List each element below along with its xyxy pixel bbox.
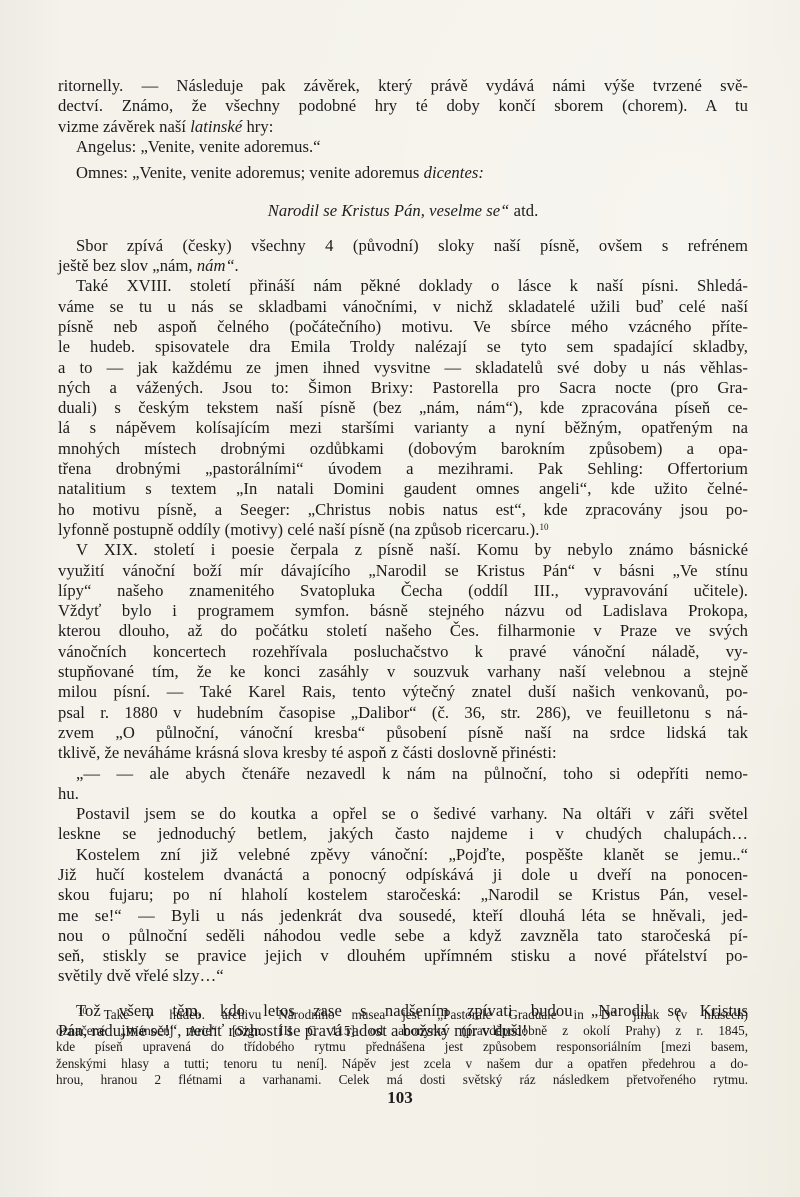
italic-text: latinské [190, 117, 242, 136]
footnote-line: ženskými hlasy a tutti; tenoru tu není].… [56, 1056, 748, 1072]
paragraph-xix-century: V XIX. století i poesie čerpala z písně … [58, 540, 748, 763]
italic-text: dicentes: [424, 163, 484, 182]
text-line: světily dvě vřelé slzy…“ [58, 966, 748, 986]
text-line: lípy“ našeho znamenitého Svatopluka Čech… [58, 581, 748, 601]
text-line: tklivě, že neváháme krásná slova kresby … [58, 743, 748, 763]
footnote-reference[interactable]: 10 [539, 522, 548, 532]
refrain-line: Narodil se Kristus Pán, veselme se“ atd. [58, 201, 748, 221]
footnote-line: hrou, hranou 2 flétnami a varhanami. Cel… [56, 1072, 748, 1088]
verse-angelus: Angelus: „Venite, venite adoremus.“ [58, 137, 748, 157]
text-line: V XIX. století i poesie čerpala z písně … [58, 540, 748, 560]
text-fragment: hry: [242, 117, 273, 136]
quote-varhany: Postavil jsem se do koutka a opřel se o … [58, 804, 748, 845]
text-line: váme se tu u nás se skladbami vánočními,… [58, 297, 748, 317]
text-line: ritornelly. — Následuje pak závěrek, kte… [58, 76, 748, 96]
text-line: ještě bez slov „nám, nám“. [58, 256, 748, 276]
text-fragment: atd. [509, 201, 538, 220]
text-line: me se!“ — Byli u nás jedenkrát dva souse… [58, 906, 748, 926]
footnote-line: označené „Wánočnj Arie“ [Sign. III C 115… [56, 1023, 748, 1039]
text-line: hu. [58, 784, 748, 804]
text-line: mnohých místech drobnými ozdůbkami (dobo… [58, 439, 748, 459]
verse-line: Omnes: „Venite, venite adoremus; venite … [58, 163, 748, 183]
verse-line: Angelus: „Venite, venite adoremus.“ [58, 137, 748, 157]
text-line: nou o půlnoční seděli náhodou vedle sebe… [58, 926, 748, 946]
footnote-line: kde píseň upravená do třídobého rytmu př… [56, 1039, 748, 1055]
text-line: vizme závěrek naší latinské hry: [58, 117, 748, 137]
text-line: milou písní. — Také Karel Rais, tento vý… [58, 682, 748, 702]
text-line: a to — jak každému ze jmen ihned vysvitn… [58, 358, 748, 378]
text-line: le hudeb. spisovatele dra Emila Troldy n… [58, 337, 748, 357]
italic-text: Narodil se Kristus Pán, veselme se“ [268, 201, 510, 220]
text-line: natalitium s textem „In natali Domini ga… [58, 479, 748, 499]
text-line: třena drobnými „pastorálními“ úvodem a m… [58, 459, 748, 479]
text-line: kterou dlouho, až do počátku století naš… [58, 621, 748, 641]
text-line: Postavil jsem se do koutka a opřel se o … [58, 804, 748, 824]
text-line: Kostelem zní již velebné zpěvy vánoční: … [58, 845, 748, 865]
paragraph-sbor: Sbor zpívá (česky) všechny 4 (původní) s… [58, 236, 748, 277]
text-line: dectví. Známo, že všechny podobné hry té… [58, 96, 748, 116]
text-line: psal r. 1880 v hudebním časopise „Dalibo… [58, 703, 748, 723]
text-line: lá s nápěvem kolísajícím mezi staršími v… [58, 418, 748, 438]
text-line: Také XVIII. století přináší nám pěkné do… [58, 276, 748, 296]
text-fragment: lyfonně postupně oddíly (motivy) celé na… [58, 520, 539, 539]
quote-intro: „— — ale abych čtenáře nezavedl k nám na… [58, 764, 748, 805]
text-line: duali) s českým tekstem naší písně (bez … [58, 398, 748, 418]
text-line: zvem „O půlnoční, vánoční kresba“ působe… [58, 723, 748, 743]
quote-kostelem: Kostelem zní již velebné zpěvy vánoční: … [58, 845, 748, 987]
text-line: leskne se jednoduchý betlem, jakých čast… [58, 824, 748, 844]
text-line: seň, stiskly se pravice jejich v dlouhém… [58, 946, 748, 966]
text-fragment: ještě bez slov „nám, [58, 256, 197, 275]
text-line: stupňované tím, že ke konci zasáhly v so… [58, 662, 748, 682]
main-text: ritornelly. — Následuje pak závěrek, kte… [58, 76, 748, 1041]
paragraph-xviii-century: Také XVIII. století přináší nám pěkné do… [58, 276, 748, 540]
footnote-marker: 10 [78, 1006, 87, 1016]
italic-text: nám“. [197, 256, 239, 275]
text-fragment: Omnes: „Venite, venite adoremus; venite … [76, 163, 424, 182]
text-line: Sbor zpívá (česky) všechny 4 (původní) s… [58, 236, 748, 256]
text-line: ných a vážených. Jsou to: Šimon Brixy: P… [58, 378, 748, 398]
text-line: ho motivu písně, a Seeger: „Christus nob… [58, 500, 748, 520]
text-fragment: vizme závěrek naší [58, 117, 190, 136]
paragraph-ritornelly: ritornelly. — Následuje pak závěrek, kte… [58, 76, 748, 137]
text-line: písně neb aspoň čelného (počátečního) mo… [58, 317, 748, 337]
footnote-line: 10 Také v hudeb. archivu Národního musea… [56, 1007, 748, 1023]
text-line: Již hučí kostelem dvanáctá a ponocný odp… [58, 865, 748, 885]
text-line: vánočních koncertech rozehřívala posluch… [58, 642, 748, 662]
verse-omnes: Omnes: „Venite, venite adoremus; venite … [58, 163, 748, 183]
text-line: lyfonně postupně oddíly (motivy) celé na… [58, 520, 748, 540]
scanned-book-page: ritornelly. — Následuje pak závěrek, kte… [0, 0, 800, 1197]
text-line: skou fujaru; po ní hlaholí kostelem star… [58, 885, 748, 905]
page-number: 103 [0, 1088, 800, 1108]
text-fragment: Také v hudeb. archivu Národního musea je… [87, 1007, 748, 1022]
text-line: využití vánoční boží mír dávajícího „Nar… [58, 561, 748, 581]
text-line: Vždyť bylo i programem symfon. básně ste… [58, 601, 748, 621]
footnote: 10 Také v hudeb. archivu Národního musea… [56, 1007, 748, 1088]
text-line: „— — ale abych čtenáře nezavedl k nám na… [58, 764, 748, 784]
